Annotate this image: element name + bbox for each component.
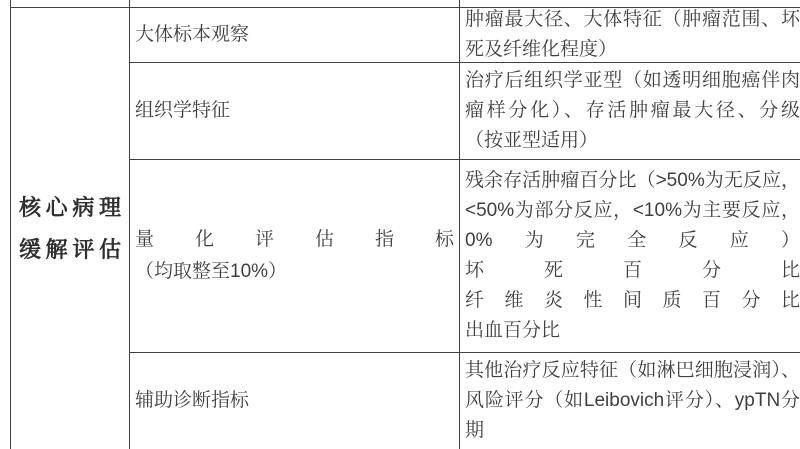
clipped-top-row-cell-right [460,0,800,8]
text-line: 死及纤维化程度） [465,35,800,63]
label-cell-auxiliary-diagnostic-indicators: 辅助诊断指标 [130,353,460,449]
text-line: 期 [465,416,800,446]
text-line: （按亚型适用） [465,126,800,156]
text-line: 组织学特征 [135,96,454,126]
text-line: <50%为部分反应，<10%为主要反应， [465,196,800,226]
text-line: 大体标本观察 [135,20,454,50]
text-line: 残余存活肿瘤百分比（>50%为无反应， [465,166,800,196]
text-line: 量化评估指标 [135,224,454,256]
text-line: 其他治疗反应特征（如淋巴细胞浸润）、 [465,356,800,386]
text-line: 坏死百分比 [465,256,800,286]
label-cell-histological-features: 组织学特征 [130,63,460,160]
clipped-top-row-cell-middle [130,0,460,8]
text-line: 纤维炎性间质百分比 [465,286,800,316]
text-line: 0%为完全反应） [465,226,800,256]
text-line: 肿瘤最大径、大体特征（肿瘤范围、坏 [465,8,800,35]
label-cell-quantitative-indicators: 量化评估指标 （均取整至10%） [130,160,460,353]
text-line: 风险评分（如Leibovich评分）、ypTN分 [465,386,800,416]
header-line: 核心病理 [19,187,121,229]
detail-cell-histological-features: 治疗后组织学亚型（如透明细胞癌伴肉 瘤样分化）、存活肿瘤最大径、分级 （按亚型适… [460,63,800,160]
header-line: 缓解评估 [19,229,121,271]
label-cell-gross-specimen-observation: 大体标本观察 [130,8,460,63]
text-line: 出血百分比 [465,316,800,346]
detail-cell-auxiliary-diagnostic-indicators: 其他治疗反应特征（如淋巴细胞浸润）、 风险评分（如Leibovich评分）、yp… [460,353,800,449]
merged-row-header-core-pathology-assessment: 核心病理 缓解评估 [10,8,130,449]
text-line: （均取整至10%） [135,256,454,288]
text-line: 辅助诊断指标 [135,386,454,416]
detail-cell-quantitative-indicators: 残余存活肿瘤百分比（>50%为无反应， <50%为部分反应，<10%为主要反应，… [460,160,800,353]
pathology-assessment-table: 核心病理 缓解评估 大体标本观察 肿瘤最大径、大体特征（肿瘤范围、坏 死及纤维化… [10,0,800,449]
clipped-top-row-cell-left [10,0,130,8]
detail-cell-gross-specimen-observation: 肿瘤最大径、大体特征（肿瘤范围、坏 死及纤维化程度） [460,8,800,63]
text-line: 治疗后组织学亚型（如透明细胞癌伴肉 [465,66,800,96]
text-line: 瘤样分化）、存活肿瘤最大径、分级 [465,96,800,126]
